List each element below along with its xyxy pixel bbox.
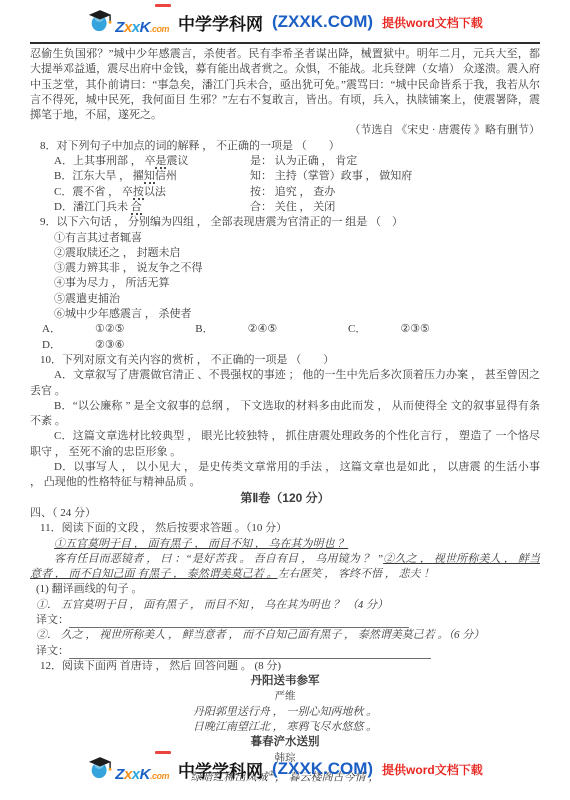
q10-option-d: D．以事写人 ， 以小见大 ， 是史传类文章常用的手法 ， 这篇文章也是如此 ，… <box>30 460 540 491</box>
download-tagline: 提供word文档下载 <box>382 14 483 31</box>
q8-option-a: A．上其事刑部 ， 卒是震议 是： 认为正确 ， 肯定 <box>30 154 540 169</box>
q10-option-b: B．“以公廉称 ” 是全文叙事的总纲 ， 下文选取的材料多由此而发 ， 从而使得… <box>30 399 540 430</box>
q11-translate-item-1: ①． 五官莫明于目 ， 面有黑子 ， 而目不知 ， 乌在其为明也 ？ （4 分） <box>30 598 540 613</box>
download-tagline: 提供word文档下载 <box>382 761 483 778</box>
q9-item-6: ⑥城中少年感震言 ， 杀使者 <box>30 307 540 322</box>
q9-item-4: ④事为尽力 ， 所活无算 <box>30 276 540 291</box>
emphasized-char: 知 <box>144 170 155 184</box>
translation-label: 译文： <box>36 613 69 628</box>
q8-option-c: C．震不省 ， 卒按以法 按： 追究 ， 查办 <box>30 185 540 200</box>
exam-body: 忍偷生负国邪？”城中少年感震言，杀使者。民有李希圣者谋出降，械置狱中。明年二月，… <box>0 44 570 786</box>
graduation-cap-icon <box>87 754 115 784</box>
logo-red-badge <box>155 4 171 7</box>
q9-item-3: ③震力辨其非 ， 说友争之不得 <box>30 261 540 276</box>
emphasized-char: 按 <box>133 186 144 200</box>
volume-2-heading: 第Ⅱ卷（120 分） <box>30 491 540 506</box>
q10-option-c: C．这篇文章选材比较典型 ， 眼光比较独特 ， 抓住唐震处理政务的个性化言行 ，… <box>30 429 540 460</box>
zxxk-logo: ZxxK.com <box>87 7 169 37</box>
question-9-stem: 9．以下六句话 ， 分别编为四组 ， 全部表现唐震为官清正的一 组是 （ ） <box>30 215 540 230</box>
poem-1-line-2: 日晚江南望江北 ， 寒鸦飞尽水悠悠 。 <box>30 720 540 735</box>
q11-translation-line-2: 译文： <box>30 644 540 659</box>
q8-option-b: B．江东大旱 ， 擢知信州 知： 主持（掌管）政事 ， 做知府 <box>30 169 540 184</box>
q9-item-5: ⑤震遣吏捕治 <box>30 292 540 307</box>
q11-translation-line-1: 译文： <box>30 613 540 628</box>
poem-1-line-1: 丹阳郭里送行舟 ， 一别心知两地秋 。 <box>30 705 540 720</box>
logo-wordmark: ZxxK.com <box>115 20 169 37</box>
question-11-stem: 11．阅读下面的文段 ， 然后按要求答题 。（10 分） <box>30 521 540 536</box>
q8-option-d: D．潘江门兵未 合 合： 关住 ， 关闭 <box>30 200 540 215</box>
reading-passage: 忍偷生负国邪？”城中少年感震言，杀使者。民有李希圣者谋出降，械置狱中。明年二月，… <box>30 47 540 123</box>
poem-1-title: 丹阳送韦参军 <box>30 674 540 689</box>
answer-blank <box>69 646 431 659</box>
page-header: ZxxK.com 中学学科网 (ZXXK.COM) 提供word文档下载 <box>0 0 570 37</box>
question-10-stem: 10．下列对原文有关内容的赏析 ， 不正确的一项是 （ ） <box>30 353 540 368</box>
q9-item-2: ②震取牍还之 ， 封题未启 <box>30 246 540 261</box>
emphasized-char: 是 <box>155 155 166 169</box>
answer-blank <box>69 615 409 628</box>
page-footer: ZxxK.com 中学学科网 (ZXXK.COM) 提供word文档下载 <box>0 747 570 784</box>
passage-source: （节选自 《宋史 · 唐震传 》略有删节） <box>30 123 540 138</box>
q9-answer-choices: A．①②⑤ B．②④⑤ C．②③⑤ D．②③⑥ <box>30 322 540 353</box>
question-12-stem: 12．阅读下面两 首唐诗 ， 然后 回答问题 。 (8 分) <box>30 659 540 674</box>
q11-translate-item-2: ②． 久之 ， 视世所称美人 ， 鲜当意者 ， 而不自知己面有黑子 ， 泰然谓美… <box>30 628 540 643</box>
q9-item-1: ①有言其过者辄喜 <box>30 231 540 246</box>
exam-page: ZxxK.com 中学学科网 (ZXXK.COM) 提供word文档下载 忍偷生… <box>0 0 570 800</box>
q11-underlined-sentence-1: ①五官莫明于目 ， 面有黑子 ， 而目不知 ， 乌在其为明也 ？ <box>30 537 540 552</box>
part-4-heading: 四、（ 24 分） <box>30 506 540 521</box>
graduation-cap-icon <box>87 7 115 37</box>
question-8-stem: 8．对下列句子中加点的词的解释 ， 不正确的一项是 （ ） <box>30 139 540 154</box>
site-name: 中学学科网 <box>178 10 263 35</box>
site-name: 中学学科网 <box>178 757 263 782</box>
q10-option-a: A．文章叙写了唐震做官清正 、不畏强权的事迹 ； 他的一生中先后多次顶着压力办案… <box>30 368 540 399</box>
q11-passage: 客有任目而恶镜者 ， 曰 ：“是好苦我 。 吾自有目 ， 乌用镜为 ？ ”②久之… <box>30 552 540 583</box>
q11-subquestion: (1) 翻译画线的句子 。 <box>30 582 540 597</box>
zxxk-logo: ZxxK.com <box>87 754 169 784</box>
site-domain: (ZXXK.COM) <box>272 12 373 32</box>
poem-1-author: 严维 <box>30 689 540 704</box>
logo-wordmark: ZxxK.com <box>115 767 169 784</box>
emphasized-char: 合 <box>131 201 142 215</box>
site-domain: (ZXXK.COM) <box>272 759 373 779</box>
translation-label: 译文： <box>36 644 69 659</box>
logo-red-badge <box>155 751 171 754</box>
